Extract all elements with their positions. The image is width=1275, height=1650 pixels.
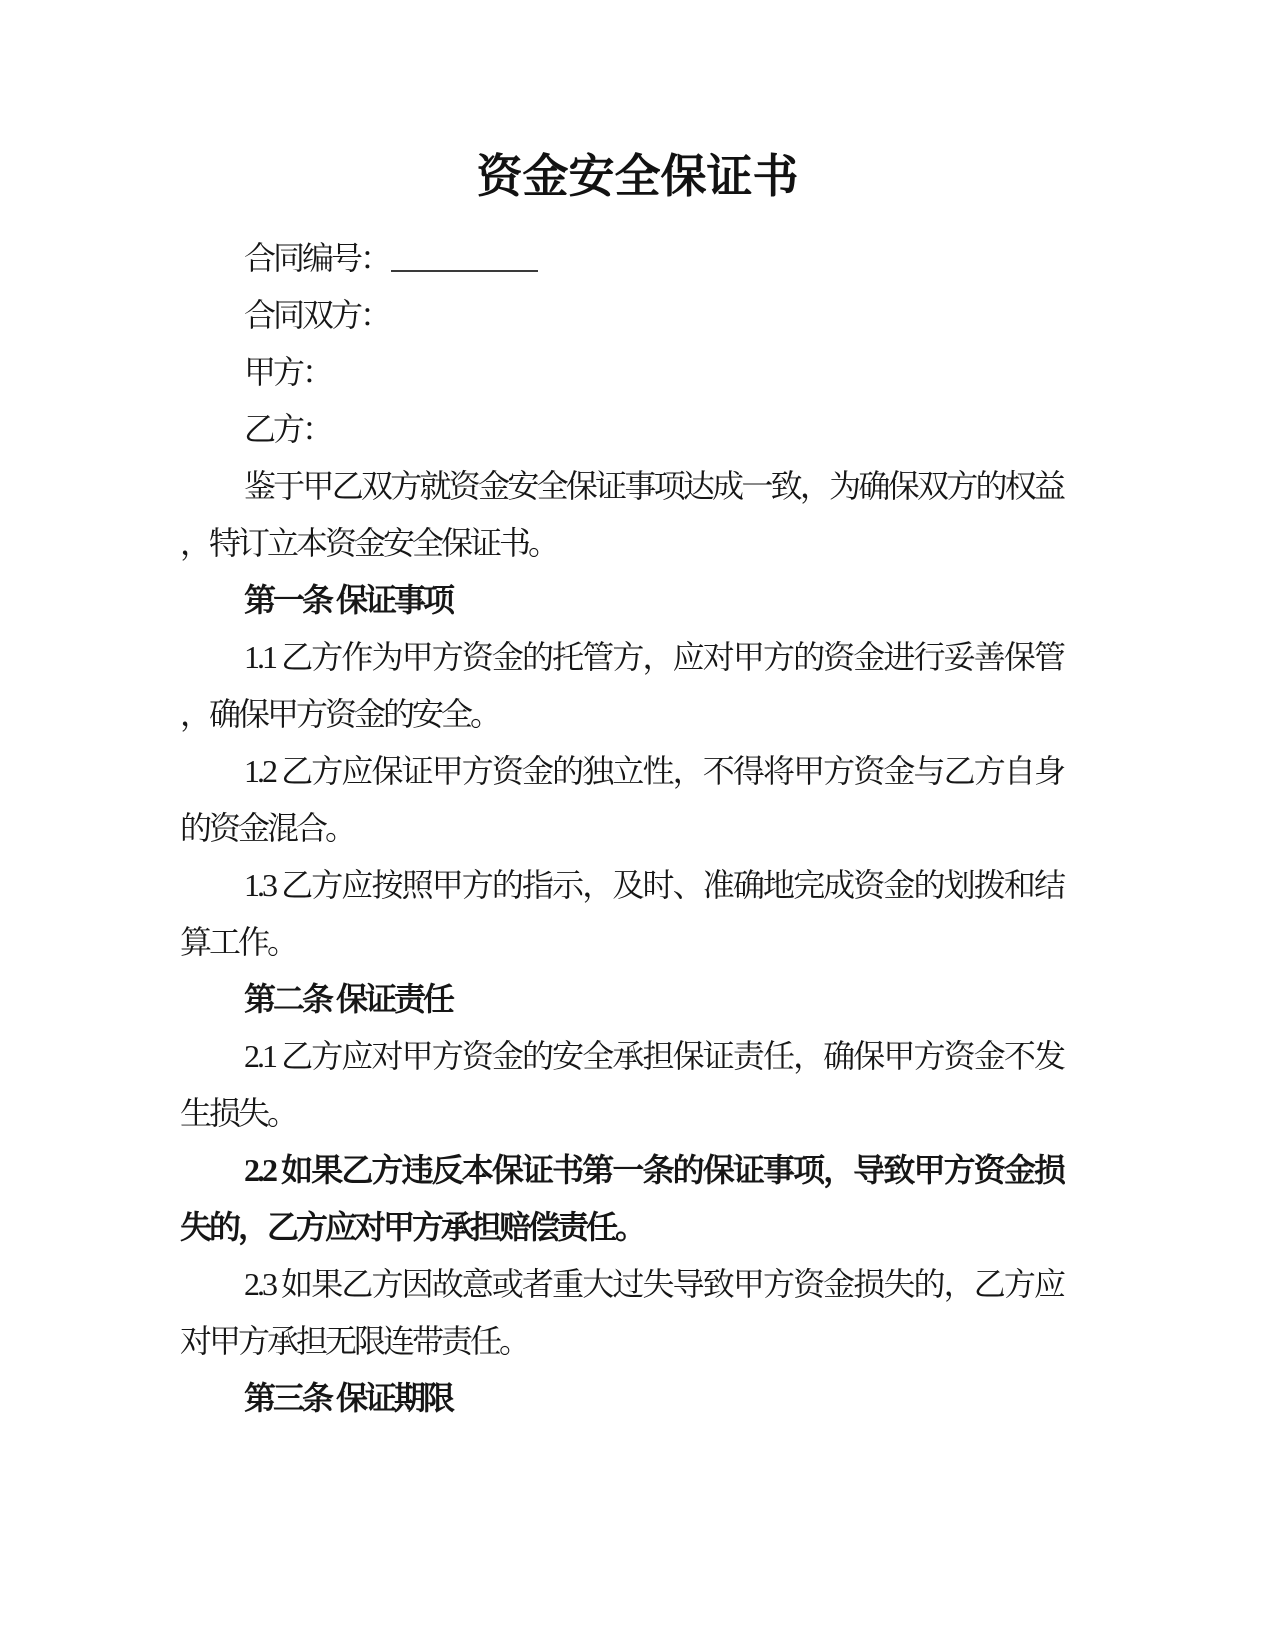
contract-number-label: 合同编号： (244, 240, 389, 276)
preamble-line-1: 鉴于甲乙双方就资金安全保证事项达成一致，为确保双方的权益 (180, 458, 1063, 515)
party-a-line: 甲方： (180, 344, 1063, 401)
clause-2-3-line-2: 对甲方承担无限连带责任。 (180, 1313, 1063, 1370)
clause-2-3-line-1: 2.3 如果乙方因故意或者重大过失导致甲方资金损失的，乙方应 (180, 1256, 1063, 1313)
party-b-line: 乙方： (180, 401, 1063, 458)
clause-1-3-line-2: 算工作。 (180, 914, 1063, 971)
clause-1-2-line-2: 的资金混合。 (180, 800, 1063, 857)
preamble-line-2: ，特订立本资金安全保证书。 (180, 515, 1063, 572)
clause-2-2-line-2: 失的，乙方应对甲方承担赔偿责任。 (180, 1199, 1063, 1256)
article-3-heading: 第三条 保证期限 (180, 1370, 1063, 1427)
clause-1-1-line-2: ，确保甲方资金的安全。 (180, 686, 1063, 743)
clause-1-2-line-1: 1.2 乙方应保证甲方资金的独立性，不得将甲方资金与乙方自身 (180, 743, 1063, 800)
document-title: 资金安全保证书 (180, 146, 1095, 208)
clause-2-2-line-1: 2.2 如果乙方违反本保证书第一条的保证事项，导致甲方资金损 (180, 1142, 1063, 1199)
parties-label-line: 合同双方： (180, 287, 1063, 344)
document-body: 合同编号： 合同双方： 甲方： 乙方： 鉴于甲乙双方就资金安全保证事项达成一致，… (180, 230, 1063, 1427)
article-1-heading: 第一条 保证事项 (180, 572, 1063, 629)
document-page: 资金安全保证书 合同编号： 合同双方： 甲方： 乙方： 鉴于甲乙双方就资金安全保… (0, 0, 1275, 1650)
contract-number-line: 合同编号： (180, 230, 1063, 287)
article-2-heading: 第二条 保证责任 (180, 971, 1063, 1028)
clause-2-1-line-1: 2.1 乙方应对甲方资金的安全承担保证责任，确保甲方资金不发 (180, 1028, 1063, 1085)
clause-1-3-line-1: 1.3 乙方应按照甲方的指示，及时、准确地完成资金的划拨和结 (180, 857, 1063, 914)
contract-number-blank-underline (391, 240, 538, 272)
clause-2-1-line-2: 生损失。 (180, 1085, 1063, 1142)
clause-1-1-line-1: 1.1 乙方作为甲方资金的托管方，应对甲方的资金进行妥善保管 (180, 629, 1063, 686)
